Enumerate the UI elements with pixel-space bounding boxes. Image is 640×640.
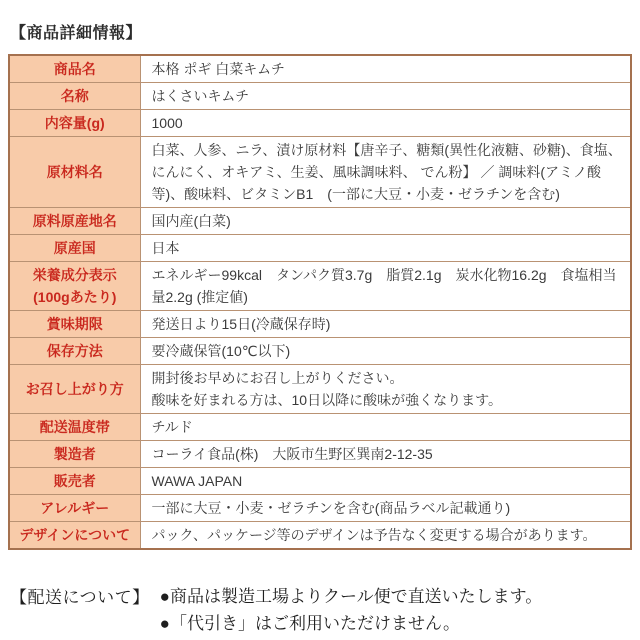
shipping-heading: 【配送について】 (10, 583, 150, 608)
table-row: 原産国日本 (9, 235, 631, 262)
table-row: お召し上がり方開封後お早めにお召し上がりください。 酸味を好まれる方は、10日以… (9, 365, 631, 414)
table-row: 原料原産地名国内産(白菜) (9, 208, 631, 235)
table-row: 保存方法要冷蔵保管(10℃以下) (9, 338, 631, 365)
row-value: 日本 (140, 235, 631, 262)
row-value: WAWA JAPAN (140, 468, 631, 495)
row-value: 開封後お早めにお召し上がりください。 酸味を好まれる方は、10日以降に酸味が強く… (140, 365, 631, 414)
table-row: 栄養成分表示 (100gあたり)エネルギー99kcal タンパク質3.7g 脂質… (9, 262, 631, 311)
row-value: エネルギー99kcal タンパク質3.7g 脂質2.1g 炭水化物16.2g 食… (140, 262, 631, 311)
shipping-note: ●「代引き」はご利用いただけません。 (160, 610, 632, 637)
row-value: パック、パッケージ等のデザインは予告なく変更する場合があります。 (140, 522, 631, 550)
product-detail-page: 【商品詳細情報】 商品名本格 ポギ 白菜キムチ名称はくさいキムチ内容量(g)10… (0, 0, 640, 640)
row-label: お召し上がり方 (9, 365, 140, 414)
row-label: 原料原産地名 (9, 208, 140, 235)
row-label: 原産国 (9, 235, 140, 262)
table-row: アレルギー一部に大豆・小麦・ゼラチンを含む(商品ラベル記載通り) (9, 495, 631, 522)
row-label: 商品名 (9, 55, 140, 83)
row-value: 国内産(白菜) (140, 208, 631, 235)
row-label: 名称 (9, 83, 140, 110)
table-row: 原材料名白菜、人参、ニラ、漬け原材料【唐辛子、糖類(異性化液糖、砂糖)、食塩、に… (9, 137, 631, 208)
row-value: コーライ食品(株) 大阪市生野区巽南2-12-35 (140, 441, 631, 468)
page-title: 【商品詳細情報】 (10, 20, 632, 43)
row-value: 本格 ポギ 白菜キムチ (140, 55, 631, 83)
table-row: 販売者WAWA JAPAN (9, 468, 631, 495)
row-label: 製造者 (9, 441, 140, 468)
row-value: 白菜、人参、ニラ、漬け原材料【唐辛子、糖類(異性化液糖、砂糖)、食塩、にんにく、… (140, 137, 631, 208)
shipping-note: ●商品は製造工場よりクール便で直送いたします。 (160, 583, 632, 610)
table-row: デザインについてパック、パッケージ等のデザインは予告なく変更する場合があります。 (9, 522, 631, 550)
table-row: 賞味期限発送日より15日(冷蔵保存時) (9, 311, 631, 338)
row-label: 内容量(g) (9, 110, 140, 137)
row-value: はくさいキムチ (140, 83, 631, 110)
table-row: 名称はくさいキムチ (9, 83, 631, 110)
row-label: 原材料名 (9, 137, 140, 208)
row-value: 一部に大豆・小麦・ゼラチンを含む(商品ラベル記載通り) (140, 495, 631, 522)
shipping-notes: ●商品は製造工場よりクール便で直送いたします。●「代引き」はご利用いただけません… (160, 583, 632, 637)
product-table-body: 商品名本格 ポギ 白菜キムチ名称はくさいキムチ内容量(g)1000原材料名白菜、… (9, 55, 631, 549)
row-value: 発送日より15日(冷蔵保存時) (140, 311, 631, 338)
row-label: アレルギー (9, 495, 140, 522)
table-row: 製造者コーライ食品(株) 大阪市生野区巽南2-12-35 (9, 441, 631, 468)
row-label: 賞味期限 (9, 311, 140, 338)
table-row: 配送温度帯チルド (9, 414, 631, 441)
product-detail-table: 商品名本格 ポギ 白菜キムチ名称はくさいキムチ内容量(g)1000原材料名白菜、… (8, 54, 632, 550)
row-value: 要冷蔵保管(10℃以下) (140, 338, 631, 365)
row-value: 1000 (140, 110, 631, 137)
row-label: 栄養成分表示 (100gあたり) (9, 262, 140, 311)
row-label: 配送温度帯 (9, 414, 140, 441)
table-row: 内容量(g)1000 (9, 110, 631, 137)
row-value: チルド (140, 414, 631, 441)
shipping-info-section: 【配送について】 ●商品は製造工場よりクール便で直送いたします。●「代引き」はご… (10, 583, 632, 637)
table-row: 商品名本格 ポギ 白菜キムチ (9, 55, 631, 83)
row-label: 保存方法 (9, 338, 140, 365)
row-label: デザインについて (9, 522, 140, 550)
row-label: 販売者 (9, 468, 140, 495)
